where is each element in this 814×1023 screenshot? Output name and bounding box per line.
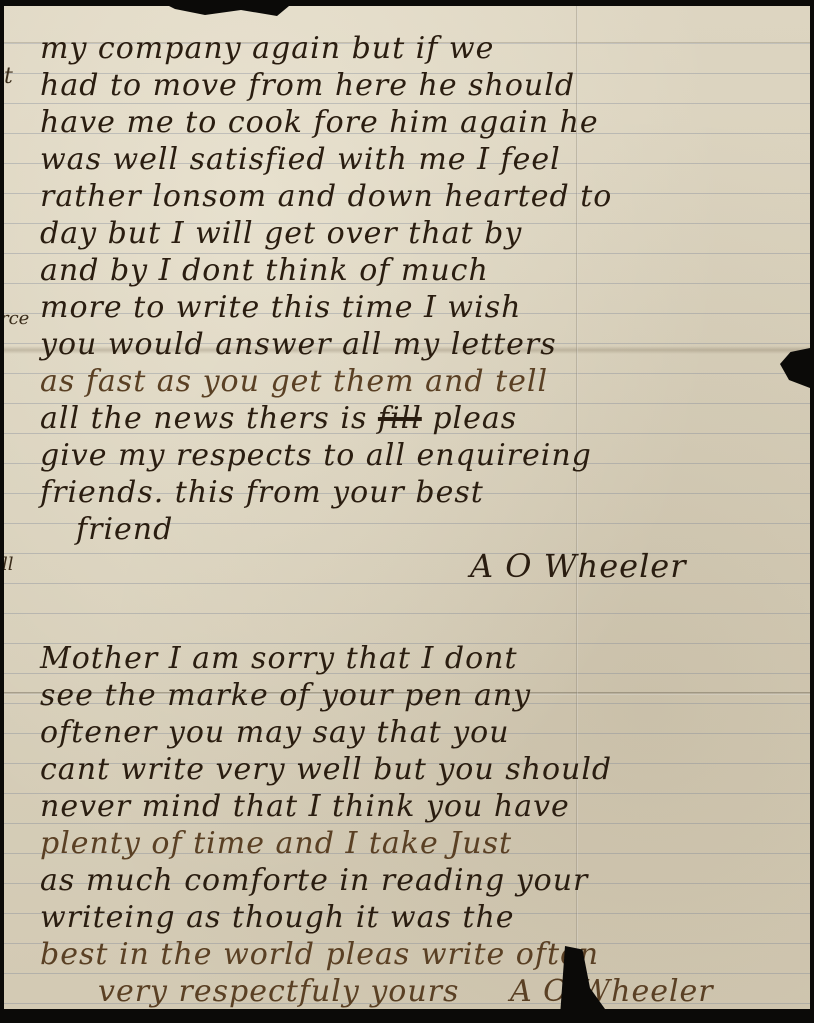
letter-body: my company again but if we had to move f… (40, 30, 810, 1009)
text-line: friend (40, 511, 810, 548)
text-line: plenty of time and I take Just (40, 825, 810, 862)
text-line: more to write this time I wish (40, 289, 810, 326)
letter-page: t rce ll my company again but if we had … (4, 6, 810, 1009)
text-line: Mother I am sorry that I dont (40, 640, 810, 677)
text-line: day but I will get over that by (40, 215, 810, 252)
struck-word: fill (378, 401, 422, 436)
text-line: my company again but if we (40, 30, 810, 67)
text-line: you would answer all my letters (40, 326, 810, 363)
text-line: as fast as you get them and tell (40, 363, 810, 400)
margin-fragment: rce (4, 308, 29, 329)
text-line-start: all the news thers is (40, 401, 367, 436)
text-line: writeing as though it was the (40, 899, 810, 936)
signature: A O Wheeler (40, 548, 810, 585)
text-line: cant write very well but you should (40, 751, 810, 788)
margin-fragment: ll (4, 554, 14, 575)
text-line: friends. this from your best (40, 474, 810, 511)
text-line: never mind that I think you have (40, 788, 810, 825)
text-line: all the news thers is fill pleas (40, 400, 810, 437)
letter-part-2: Mother I am sorry that I dont see the ma… (40, 640, 810, 1009)
text-line: see the marke of your pen any (40, 677, 810, 714)
text-line: had to move from here he should (40, 67, 810, 104)
text-line: and by I dont think of much (40, 252, 810, 289)
text-line: as much comforte in reading your (40, 862, 810, 899)
text-line: oftener you may say that you (40, 714, 810, 751)
text-line: give my respects to all enquireing (40, 437, 810, 474)
margin-fragment: t (4, 64, 13, 89)
closing: very respectfuly yours (98, 974, 459, 1009)
text-line: have me to cook fore him again he (40, 104, 810, 141)
letter-part-1: my company again but if we had to move f… (40, 30, 810, 585)
text-line: rather lonsom and down hearted to (40, 178, 810, 215)
text-line: was well satisfied with me I feel (40, 141, 810, 178)
closing-line: very respectfuly yours A O Wheeler (40, 973, 810, 1009)
text-line-end: pleas (432, 401, 517, 436)
text-line: best in the world pleas write often (40, 936, 810, 973)
